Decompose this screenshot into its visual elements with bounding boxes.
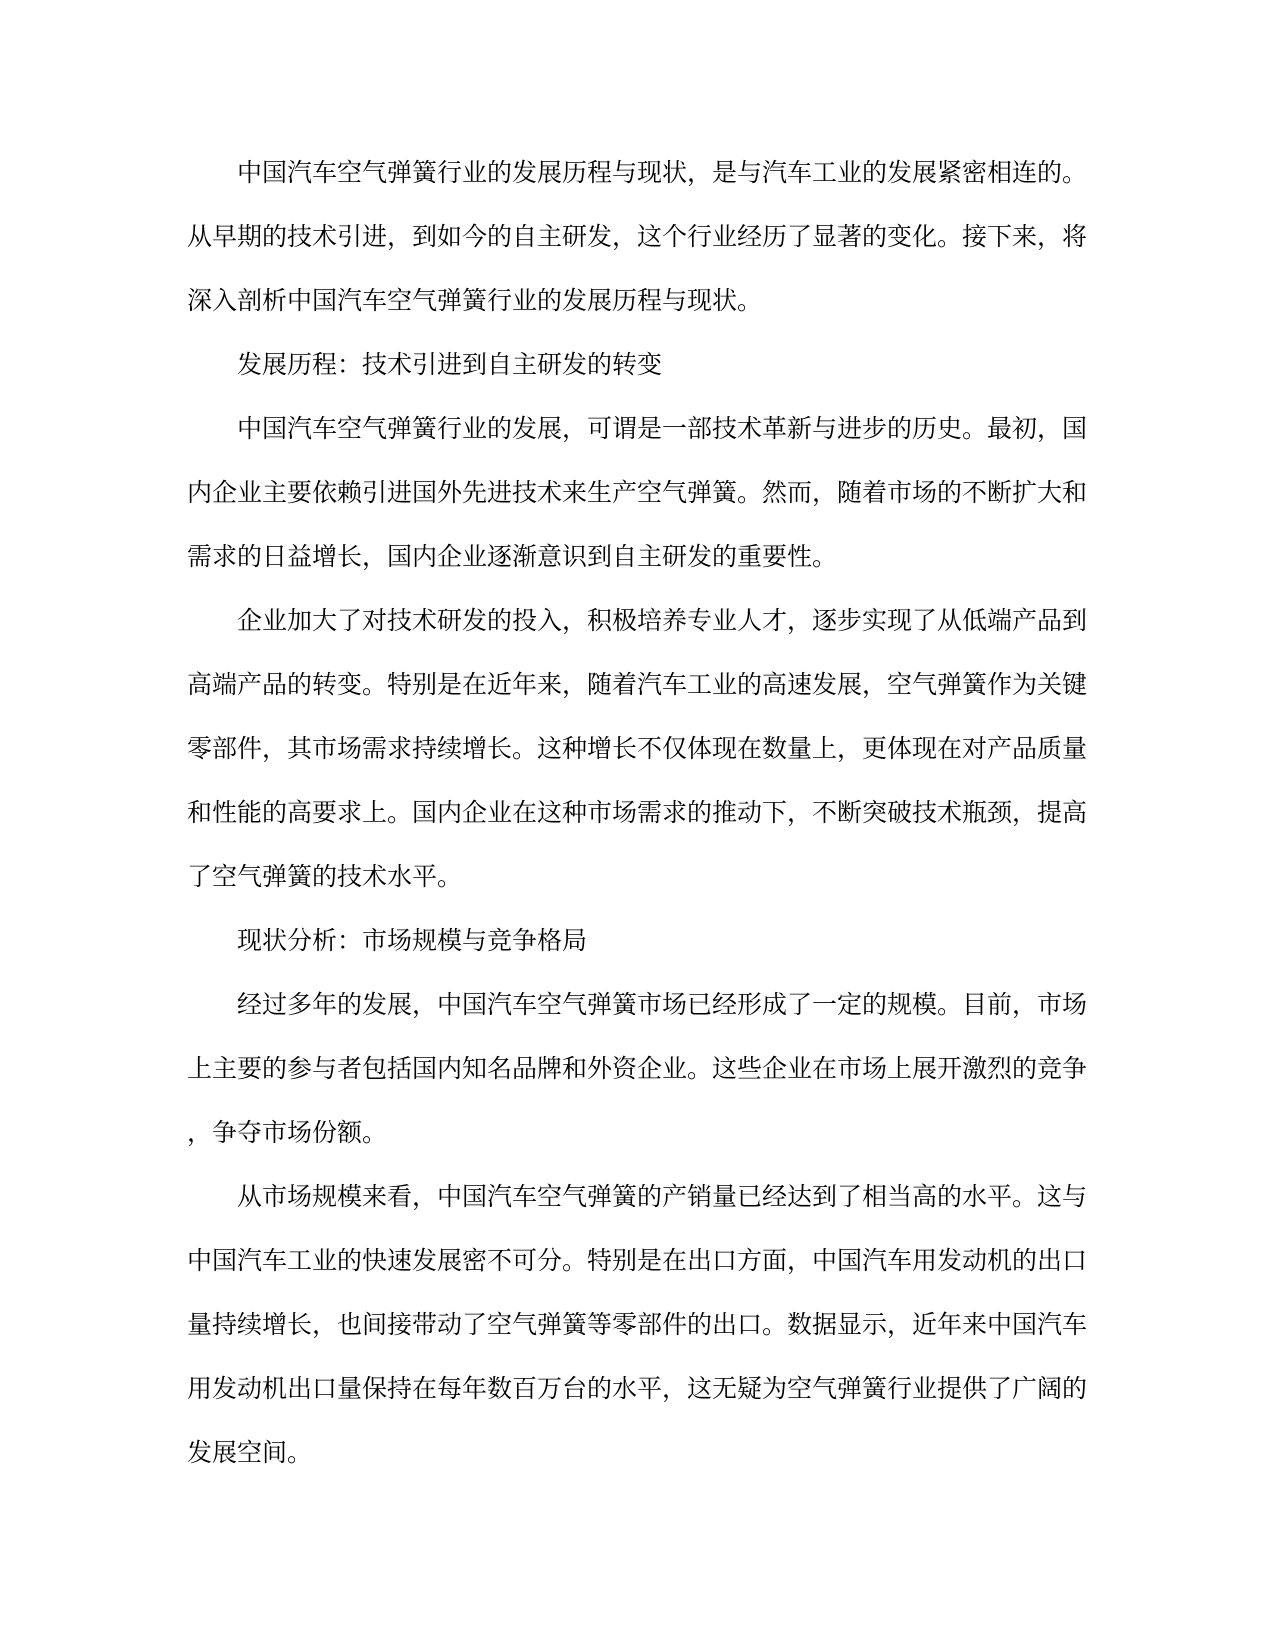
paragraph-market-2: 从市场规模来看，中国汽车空气弹簧的产销量已经达到了相当高的水平。这与 中国汽车工… — [187, 1165, 1088, 1485]
text-line: 从市场规模来看，中国汽车空气弹簧的产销量已经达到了相当高的水平。这与 — [187, 1165, 1088, 1229]
text-line: 中国汽车工业的快速发展密不可分。特别是在出口方面，中国汽车用发动机的出口 — [187, 1229, 1088, 1293]
heading-development-history: 发展历程：技术引进到自主研发的转变 — [187, 333, 1088, 397]
text-line: 和性能的高要求上。国内企业在这种市场需求的推动下，不断突破技术瓶颈，提高 — [187, 781, 1088, 845]
document-body: 中国汽车空气弹簧行业的发展历程与现状，是与汽车工业的发展紧密相连的。 从早期的技… — [187, 141, 1088, 1485]
paragraph-market-1: 经过多年的发展，中国汽车空气弹簧市场已经形成了一定的规模。目前，市场 上主要的参… — [187, 973, 1088, 1165]
text-line: 量持续增长，也间接带动了空气弹簧等零部件的出口。数据显示，近年来中国汽车 — [187, 1293, 1088, 1357]
paragraph-intro: 中国汽车空气弹簧行业的发展历程与现状，是与汽车工业的发展紧密相连的。 从早期的技… — [187, 141, 1088, 333]
text-line: 从早期的技术引进，到如今的自主研发，这个行业经历了显著的变化。接下来，将 — [187, 205, 1088, 269]
text-line: 发展空间。 — [187, 1421, 1088, 1485]
heading-line: 发展历程：技术引进到自主研发的转变 — [187, 333, 1088, 397]
text-line: 深入剖析中国汽车空气弹簧行业的发展历程与现状。 — [187, 269, 1088, 333]
heading-line: 现状分析：市场规模与竞争格局 — [187, 909, 1088, 973]
text-line: 上主要的参与者包括国内知名品牌和外资企业。这些企业在市场上展开激烈的竞争 — [187, 1037, 1088, 1101]
paragraph-history-2: 企业加大了对技术研发的投入，积极培养专业人才，逐步实现了从低端产品到 高端产品的… — [187, 589, 1088, 909]
text-line: 了空气弹簧的技术水平。 — [187, 845, 1088, 909]
text-line: 经过多年的发展，中国汽车空气弹簧市场已经形成了一定的规模。目前，市场 — [187, 973, 1088, 1037]
text-line: 企业加大了对技术研发的投入，积极培养专业人才，逐步实现了从低端产品到 — [187, 589, 1088, 653]
text-line: 需求的日益增长，国内企业逐渐意识到自主研发的重要性。 — [187, 525, 1088, 589]
text-line: 中国汽车空气弹簧行业的发展历程与现状，是与汽车工业的发展紧密相连的。 — [187, 141, 1088, 205]
paragraph-history-1: 中国汽车空气弹簧行业的发展，可谓是一部技术革新与进步的历史。最初，国 内企业主要… — [187, 397, 1088, 589]
document-page: 中国汽车空气弹簧行业的发展历程与现状，是与汽车工业的发展紧密相连的。 从早期的技… — [0, 0, 1275, 1650]
text-line: 高端产品的转变。特别是在近年来，随着汽车工业的高速发展，空气弹簧作为关键 — [187, 653, 1088, 717]
text-line: 中国汽车空气弹簧行业的发展，可谓是一部技术革新与进步的历史。最初，国 — [187, 397, 1088, 461]
text-line: 零部件，其市场需求持续增长。这种增长不仅体现在数量上，更体现在对产品质量 — [187, 717, 1088, 781]
text-line: 内企业主要依赖引进国外先进技术来生产空气弹簧。然而，随着市场的不断扩大和 — [187, 461, 1088, 525]
text-line: ，争夺市场份额。 — [187, 1101, 1088, 1165]
text-line: 用发动机出口量保持在每年数百万台的水平，这无疑为空气弹簧行业提供了广阔的 — [187, 1357, 1088, 1421]
heading-current-status: 现状分析：市场规模与竞争格局 — [187, 909, 1088, 973]
